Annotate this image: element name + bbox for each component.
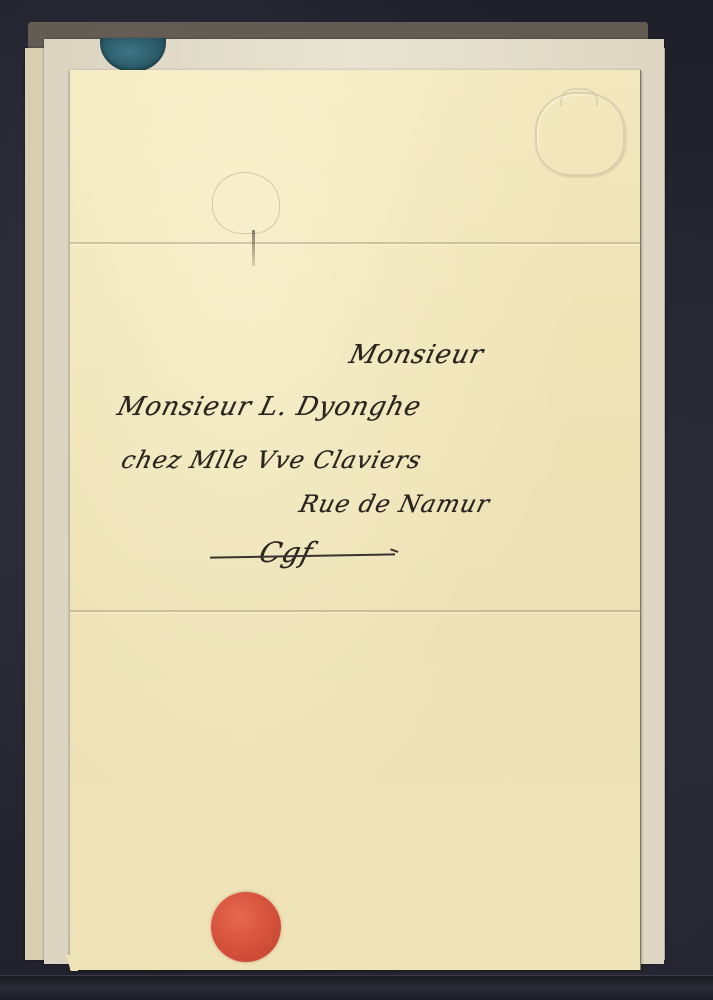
handwritten-address: Monsieur Monsieur L. Dyonghe chez Mlle V… bbox=[110, 330, 630, 590]
address-line-street: Rue de Namur bbox=[297, 490, 494, 518]
embossed-crest-icon bbox=[535, 92, 625, 176]
address-line-care-of: chez Mlle Vve Claviers bbox=[119, 446, 425, 474]
paper-tear bbox=[252, 230, 255, 266]
wax-residue-mark bbox=[212, 172, 280, 234]
address-line-salutation: Monsieur bbox=[346, 340, 487, 370]
fold-line-bottom bbox=[70, 610, 640, 612]
fold-line-top bbox=[70, 242, 640, 244]
red-wax-seal-icon bbox=[211, 892, 281, 962]
frame-edge bbox=[0, 975, 713, 1000]
address-line-recipient: Monsieur L. Dyonghe bbox=[114, 392, 424, 422]
address-line-mark: Cgf bbox=[256, 536, 317, 569]
